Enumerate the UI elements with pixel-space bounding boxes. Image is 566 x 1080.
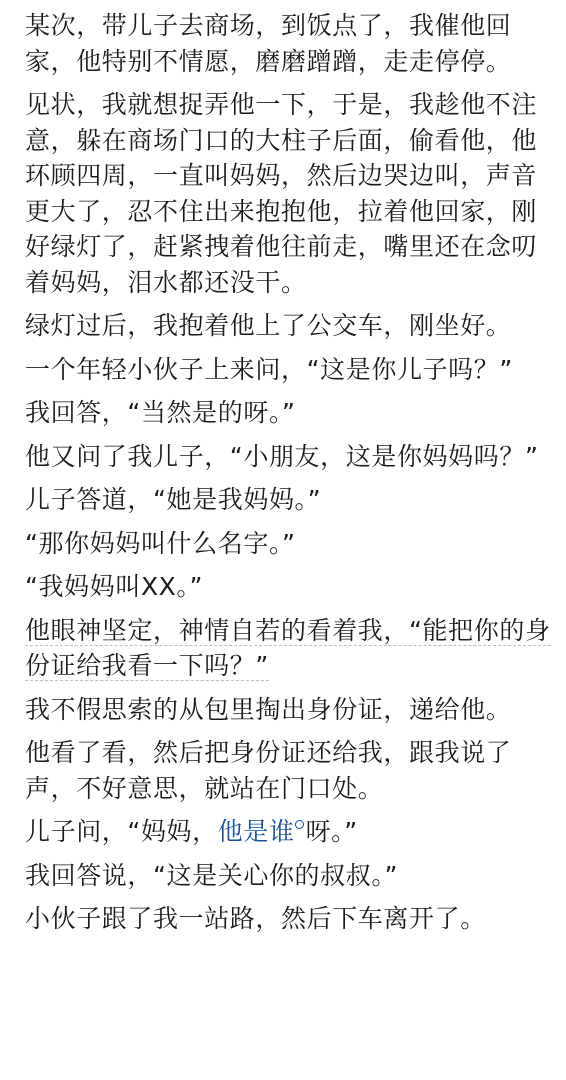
paragraph: 小伙子跟了我一站路，然后下车离开了。 (25, 901, 553, 937)
watermark (446, 1034, 546, 1068)
paragraph: 一个年轻小伙子上来问，“这是你儿子吗？” (25, 352, 553, 388)
paragraph: “我妈妈叫XX。” (25, 569, 553, 605)
paragraph-with-link: 儿子问，“妈妈，他是谁呀。” (25, 814, 553, 850)
paragraph-suffix: 呀。” (306, 817, 358, 846)
paragraph: 见状，我就想捉弄他一下，于是，我趁他不注意，躲在商场门口的大柱子后面，偷看他，他… (25, 87, 553, 300)
paragraph-highlighted: 他眼神坚定，神情自若的看着我，“能把你的身份证给我看一下吗？” (25, 613, 553, 684)
paragraph: 我不假思索的从包里掏出身份证，递给他。 (25, 692, 553, 728)
search-icon (295, 820, 304, 829)
paragraph: 某次，带儿子去商场，到饭点了，我催他回家，他特别不情愿，磨磨蹭蹭，走走停停。 (25, 8, 553, 79)
search-link-label: 他是谁 (218, 817, 295, 846)
paragraph: 我回答说，“这是关心你的叔叔。” (25, 858, 553, 894)
paragraph: 我回答，“当然是的呀。” (25, 395, 553, 431)
article-body: 某次，带儿子去商场，到饭点了，我催他回家，他特别不情愿，磨磨蹭蹭，走走停停。 见… (25, 8, 553, 945)
annotated-text[interactable]: 他眼神坚定，神情自若的看着我，“能把你的身份证给我看一下吗？” (25, 616, 551, 682)
paragraph: 他看了看，然后把身份证还给我，跟我说了声，不好意思，就站在门口处。 (25, 735, 553, 806)
paragraph: 绿灯过后，我抱着他上了公交车，刚坐好。 (25, 308, 553, 344)
paragraph-prefix: 儿子问，“妈妈， (25, 817, 218, 846)
search-link[interactable]: 他是谁 (218, 817, 306, 846)
paragraph: 他又问了我儿子，“小朋友，这是你妈妈吗？” (25, 439, 553, 475)
paragraph: 儿子答道，“她是我妈妈。” (25, 482, 553, 518)
paragraph: “那你妈妈叫什么名字。” (25, 526, 553, 562)
